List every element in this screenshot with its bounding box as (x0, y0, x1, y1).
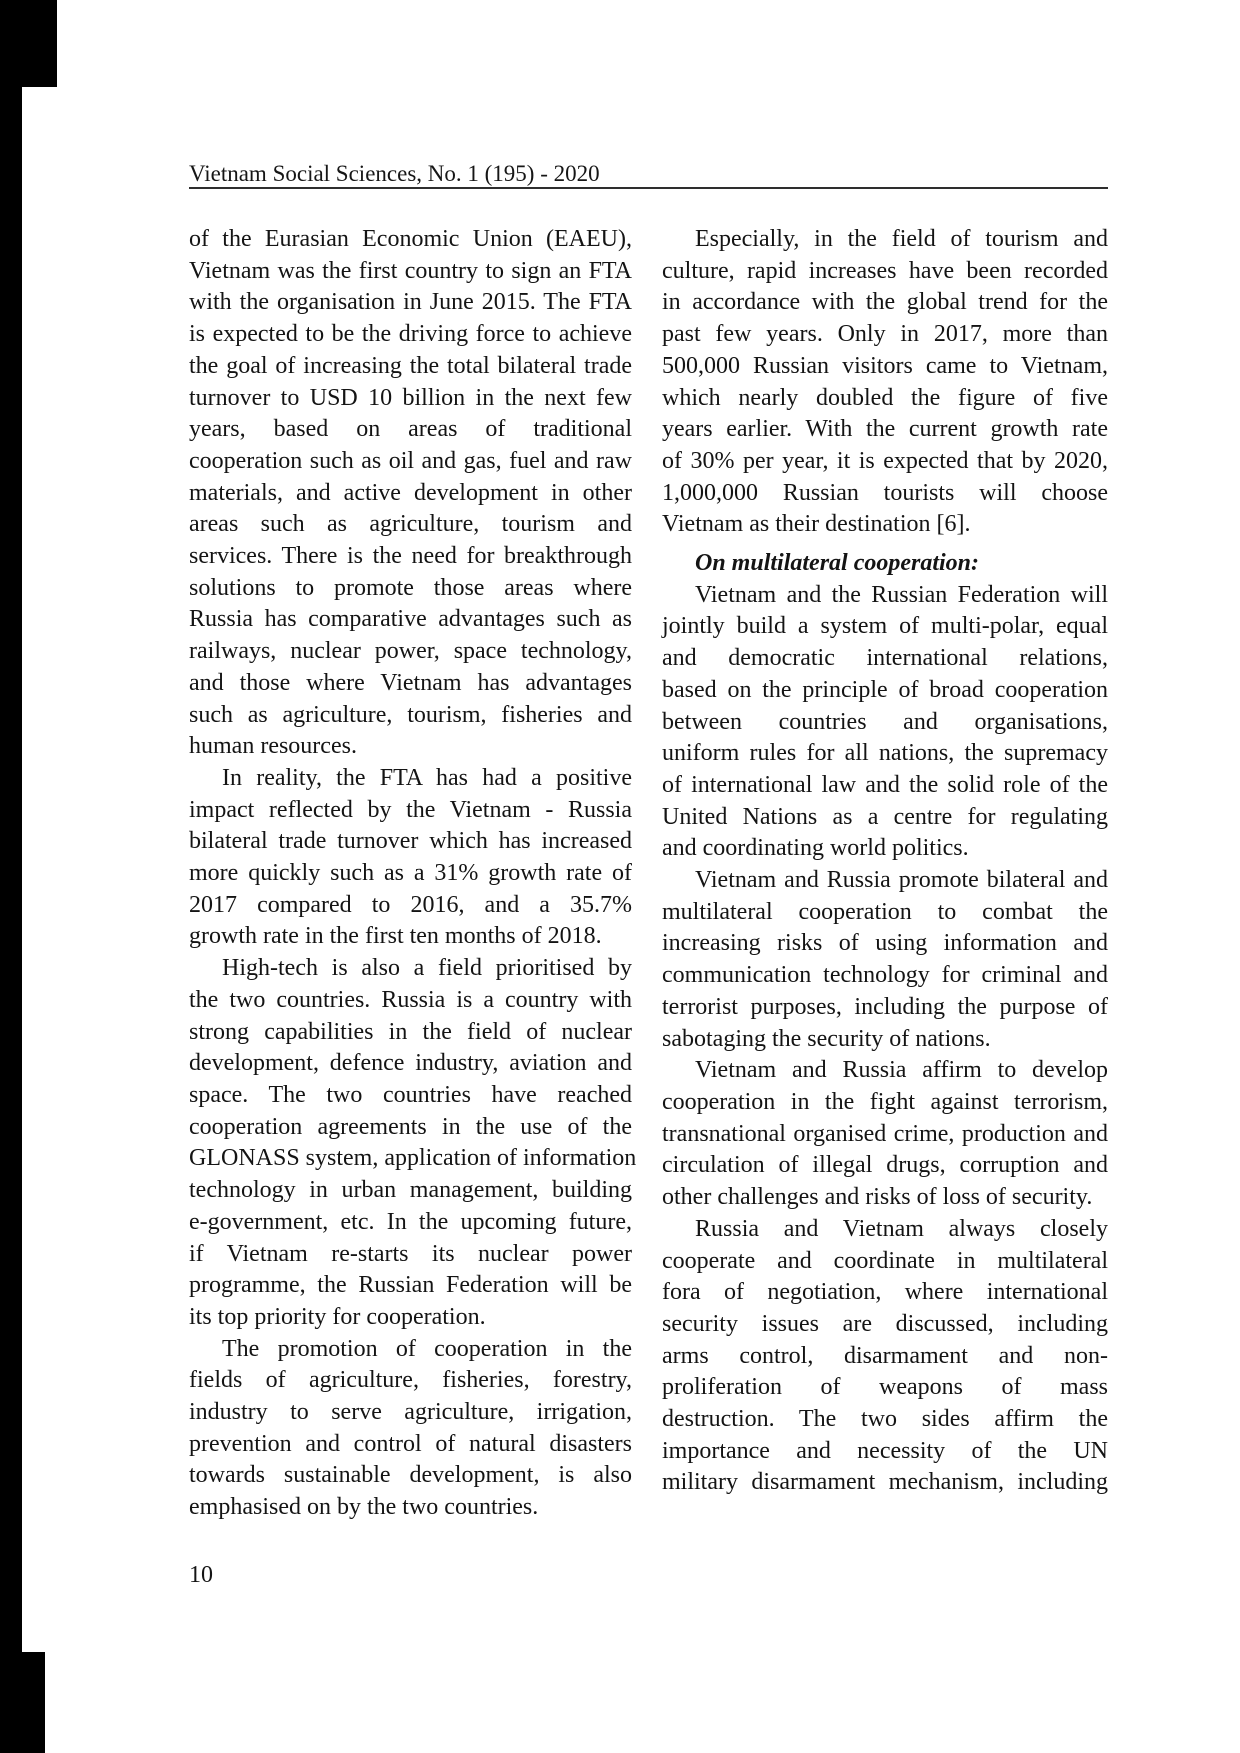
text-line: its top priority for cooperation. (189, 1302, 632, 1334)
text-line: cooperation such as oil and gas, fuel an… (189, 446, 632, 478)
paragraph: of the Eurasian Economic Union (EAEU),Vi… (189, 224, 632, 763)
text-line: years, based on areas of traditional (189, 414, 632, 446)
text-line: cooperation agreements in the use of the (189, 1112, 632, 1144)
text-line: turnover to USD 10 billion in the next f… (189, 383, 632, 415)
paragraph: Vietnam and Russia promote bilateral and… (662, 865, 1108, 1055)
text-line: Especially, in the field of tourism and (662, 224, 1108, 256)
paragraph: Russia and Vietnam always closelycoopera… (662, 1214, 1108, 1499)
text-line: e-government, etc. In the upcoming futur… (189, 1207, 632, 1239)
text-line: arms control, disarmament and non- (662, 1341, 1108, 1373)
text-line: importance and necessity of the UN (662, 1436, 1108, 1468)
text-line: of 30% per year, it is expected that by … (662, 446, 1108, 478)
journal-page: Vietnam Social Sciences, No. 1 (195) - 2… (0, 0, 1240, 1753)
paragraph: The promotion of cooperation in thefield… (189, 1334, 632, 1524)
text-line: fora of negotiation, where international (662, 1277, 1108, 1309)
text-line: Russia and Vietnam always closely (662, 1214, 1108, 1246)
text-line: 2017 compared to 2016, and a 35.7% (189, 890, 632, 922)
scan-edge-strip (0, 0, 22, 1753)
text-line: transnational organised crime, productio… (662, 1119, 1108, 1151)
text-line: Russia has comparative advantages such a… (189, 604, 632, 636)
text-line: the two countries. Russia is a country w… (189, 985, 632, 1017)
text-line: proliferation of weapons of mass (662, 1372, 1108, 1404)
text-line: circulation of illegal drugs, corruption… (662, 1150, 1108, 1182)
text-line: with the organisation in June 2015. The … (189, 287, 632, 319)
text-line: strong capabilities in the field of nucl… (189, 1017, 632, 1049)
text-line: materials, and active development in oth… (189, 478, 632, 510)
text-line: terrorist purposes, including the purpos… (662, 992, 1108, 1024)
text-line: uniform rules for all nations, the supre… (662, 738, 1108, 770)
text-line: cooperation in the fight against terrori… (662, 1087, 1108, 1119)
text-line: of international law and the solid role … (662, 770, 1108, 802)
paragraph: Especially, in the field of tourism andc… (662, 224, 1108, 541)
text-line: GLONASS system, application of informati… (189, 1143, 632, 1175)
text-line: if Vietnam re-starts its nuclear power (189, 1239, 632, 1271)
right-column: Especially, in the field of tourism andc… (662, 224, 1108, 1499)
text-line: which nearly doubled the figure of five (662, 383, 1108, 415)
section-heading: On multilateral cooperation: (662, 548, 1108, 580)
header-rule (189, 187, 1108, 189)
text-line: in accordance with the global trend for … (662, 287, 1108, 319)
text-line: space. The two countries have reached (189, 1080, 632, 1112)
text-line: In reality, the FTA has had a positive (189, 763, 632, 795)
text-line: past few years. Only in 2017, more than (662, 319, 1108, 351)
text-line: prevention and control of natural disast… (189, 1429, 632, 1461)
text-line: between countries and organisations, (662, 707, 1108, 739)
text-line: more quickly such as a 31% growth rate o… (189, 858, 632, 890)
text-line: human resources. (189, 731, 632, 763)
text-line: High-tech is also a field prioritised by (189, 953, 632, 985)
text-line: multilateral cooperation to combat the (662, 897, 1108, 929)
text-line: destruction. The two sides affirm the (662, 1404, 1108, 1436)
text-line: development, defence industry, aviation … (189, 1048, 632, 1080)
text-line: emphasised on by the two countries. (189, 1492, 632, 1524)
text-line: industry to serve agriculture, irrigatio… (189, 1397, 632, 1429)
text-line: and those where Vietnam has advantages (189, 668, 632, 700)
text-line: increasing risks of using information an… (662, 928, 1108, 960)
text-line: is expected to be the driving force to a… (189, 319, 632, 351)
left-column: of the Eurasian Economic Union (EAEU),Vi… (189, 224, 632, 1524)
text-line: years earlier. With the current growth r… (662, 414, 1108, 446)
running-header: Vietnam Social Sciences, No. 1 (195) - 2… (189, 161, 600, 187)
text-line: Vietnam was the first country to sign an… (189, 256, 632, 288)
text-line: towards sustainable development, is also (189, 1460, 632, 1492)
text-line: other challenges and risks of loss of se… (662, 1182, 1108, 1214)
text-line: jointly build a system of multi-polar, e… (662, 611, 1108, 643)
text-line: fields of agriculture, fisheries, forest… (189, 1365, 632, 1397)
paragraph: Vietnam and Russia affirm to developcoop… (662, 1055, 1108, 1214)
text-line: the goal of increasing the total bilater… (189, 351, 632, 383)
text-line: solutions to promote those areas where (189, 573, 632, 605)
text-line: and coordinating world politics. (662, 833, 1108, 865)
text-line: and democratic international relations, (662, 643, 1108, 675)
text-line: military disarmament mechanism, includin… (662, 1467, 1108, 1499)
text-line: technology in urban management, building (189, 1175, 632, 1207)
text-line: growth rate in the first ten months of 2… (189, 921, 632, 953)
text-line: culture, rapid increases have been recor… (662, 256, 1108, 288)
text-line: United Nations as a centre for regulatin… (662, 802, 1108, 834)
text-line: services. There is the need for breakthr… (189, 541, 632, 573)
paragraph: Vietnam and the Russian Federation willj… (662, 580, 1108, 865)
text-line: Vietnam and the Russian Federation will (662, 580, 1108, 612)
page-number: 10 (189, 1560, 213, 1591)
scan-edge-bottom-block (0, 1652, 45, 1753)
text-line: 500,000 Russian visitors came to Vietnam… (662, 351, 1108, 383)
text-line: areas such as agriculture, tourism and (189, 509, 632, 541)
text-line: sabotaging the security of nations. (662, 1024, 1108, 1056)
text-line: based on the principle of broad cooperat… (662, 675, 1108, 707)
text-line: 1,000,000 Russian tourists will choose (662, 478, 1108, 510)
text-line: communication technology for criminal an… (662, 960, 1108, 992)
text-line: impact reflected by the Vietnam - Russia (189, 795, 632, 827)
text-line: bilateral trade turnover which has incre… (189, 826, 632, 858)
paragraph: In reality, the FTA has had a positiveim… (189, 763, 632, 953)
paragraph: High-tech is also a field prioritised by… (189, 953, 632, 1333)
text-line: security issues are discussed, including (662, 1309, 1108, 1341)
text-line: railways, nuclear power, space technolog… (189, 636, 632, 668)
text-line: Vietnam and Russia affirm to develop (662, 1055, 1108, 1087)
text-line: programme, the Russian Federation will b… (189, 1270, 632, 1302)
text-line: Vietnam as their destination [6]. (662, 509, 1108, 541)
text-line: The promotion of cooperation in the (189, 1334, 632, 1366)
text-line: such as agriculture, tourism, fisheries … (189, 700, 632, 732)
text-line: of the Eurasian Economic Union (EAEU), (189, 224, 632, 256)
text-line: cooperate and coordinate in multilateral (662, 1246, 1108, 1278)
scan-edge-top-block (0, 0, 57, 87)
text-line: Vietnam and Russia promote bilateral and (662, 865, 1108, 897)
text-line: On multilateral cooperation: (662, 548, 1108, 580)
